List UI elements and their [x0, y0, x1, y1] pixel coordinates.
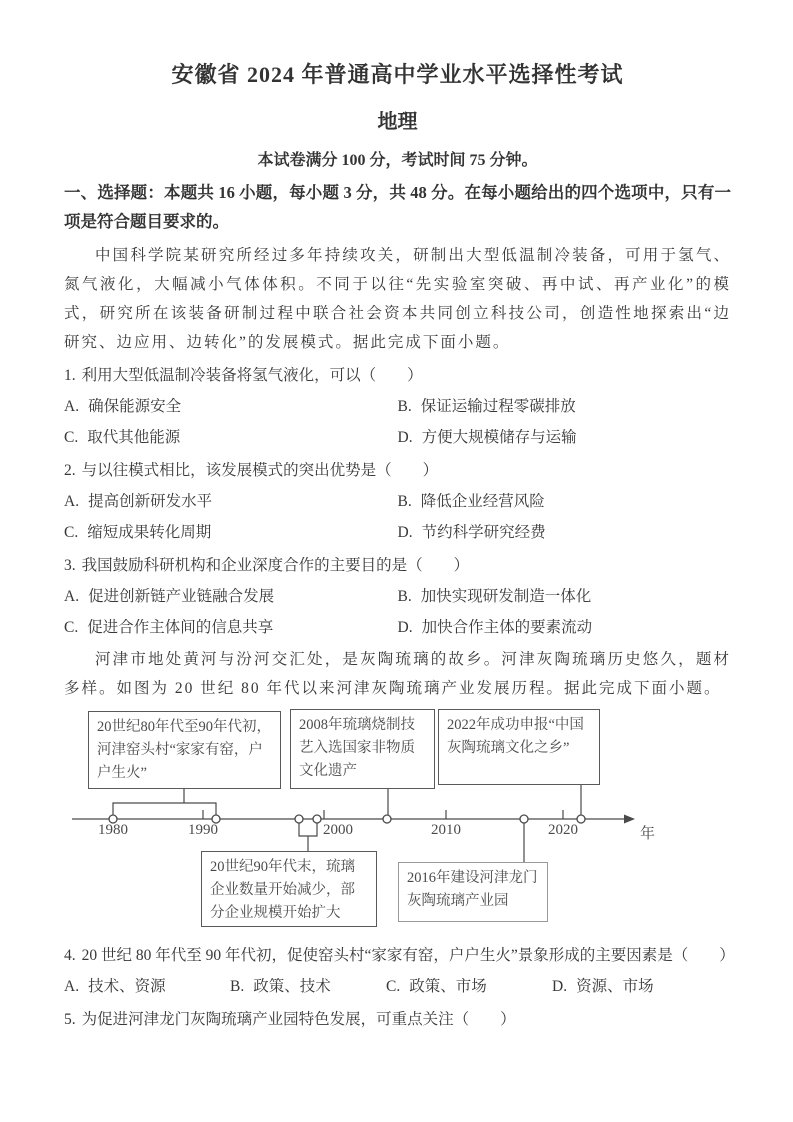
question-text: 为促进河津龙门灰陶琉璃产业园特色发展，可重点关注（ ） — [82, 1011, 516, 1028]
timeline-event-1980s-box: 20世纪80年代至90年代初，河津窑头村“家家有窑，户户生火” — [88, 711, 281, 789]
option-label: B. — [398, 588, 412, 605]
option-a: A.提高创新研发水平 — [64, 486, 398, 517]
question-3: 3.我国鼓励科研机构和企业深度合作的主要目的是（ ） A.促进创新链产业链融合发… — [64, 551, 731, 643]
option-label: D. — [398, 429, 413, 446]
option-label: C. — [64, 524, 78, 541]
axis-label-1980: 1980 — [98, 822, 128, 839]
option-label: B. — [398, 493, 412, 510]
option-label: B. — [230, 978, 244, 995]
question-5: 5.为促进河津龙门灰陶琉璃产业园特色发展，可重点关注（ ） — [64, 1005, 731, 1035]
option-d: D.加快合作主体的要素流动 — [398, 612, 732, 643]
option-text: 加快实现研发制造一体化 — [421, 588, 592, 605]
option-c: C.取代其他能源 — [64, 422, 398, 453]
option-text: 缩短成果转化周期 — [87, 524, 211, 541]
timeline-event-2008-box: 2008年琉璃烧制技艺入选国家非物质文化遗产 — [290, 709, 435, 789]
question-number: 1. — [64, 367, 76, 384]
option-label: C. — [64, 619, 78, 636]
exam-info: 本试卷满分 100 分，考试时间 75 分钟。 — [64, 147, 731, 170]
question-4: 4.20 世纪 80 年代至 90 年代初，促使窑头村“家家有窑，户户生火”景象… — [64, 941, 731, 1002]
option-text: 节约科学研究经费 — [422, 524, 546, 541]
axis-arrow-icon — [624, 815, 635, 824]
passage-1: 中国科学院某研究所经过多年持续攻关，研制出大型低温制冷装备，可用于氢气、氮气液化… — [64, 241, 731, 357]
question-text: 20 世纪 80 年代至 90 年代初，促使窑头村“家家有窑，户户生火”景象形成… — [82, 947, 735, 964]
question-text: 利用大型低温制冷装备将氢气液化，可以（ ） — [82, 367, 423, 384]
question-2-stem: 2.与以往模式相比，该发展模式的突出优势是（ ） — [64, 456, 731, 486]
question-text: 与以往模式相比，该发展模式的突出优势是（ ） — [82, 462, 439, 479]
timeline-event-2022-box: 2022年成功申报“中国灰陶琉璃文化之乡” — [438, 709, 600, 785]
option-text: 方便大规模储存与运输 — [422, 429, 577, 446]
option-c: C.缩短成果转化周期 — [64, 517, 398, 548]
question-3-stem: 3.我国鼓励科研机构和企业深度合作的主要目的是（ ） — [64, 551, 731, 581]
option-label: D. — [398, 524, 413, 541]
exam-page: 安徽省 2024 年普通高中学业水平选择性考试 地理 本试卷满分 100 分，考… — [0, 0, 793, 1122]
question-number: 3. — [64, 557, 76, 574]
subject-title: 地理 — [64, 105, 731, 134]
option-d: D.资源、市场 — [552, 971, 731, 1002]
option-text: 政策、市场 — [409, 978, 487, 995]
timeline-event-late1990s-box: 20世纪90年代末，琉璃企业数量开始减少，部分企业规模开始扩大 — [201, 851, 377, 927]
axis-unit-label: 年 — [640, 822, 655, 843]
option-text: 资源、市场 — [576, 978, 654, 995]
section-heading: 一、选择题：本题共 16 小题，每小题 3 分，共 48 分。在每小题给出的四个… — [64, 178, 731, 236]
option-label: D. — [552, 978, 567, 995]
passage-2: 河津市地处黄河与汾河交汇处，是灰陶琉璃的故乡。河津灰陶琉璃历史悠久，题材多样。如… — [64, 645, 731, 703]
option-text: 促进合作主体间的信息共享 — [87, 619, 273, 636]
option-label: A. — [64, 588, 79, 605]
option-a: A.促进创新链产业链融合发展 — [64, 581, 398, 612]
option-text: 取代其他能源 — [87, 429, 180, 446]
option-text: 提高创新研发水平 — [88, 493, 212, 510]
question-2: 2.与以往模式相比，该发展模式的突出优势是（ ） A.提高创新研发水平 B.降低… — [64, 456, 731, 548]
question-number: 5. — [64, 1011, 76, 1028]
question-4-stem: 4.20 世纪 80 年代至 90 年代初，促使窑头村“家家有窑，户户生火”景象… — [64, 941, 731, 971]
question-5-stem: 5.为促进河津龙门灰陶琉璃产业园特色发展，可重点关注（ ） — [64, 1005, 731, 1035]
question-number: 4. — [64, 947, 76, 964]
option-b: B.加快实现研发制造一体化 — [398, 581, 732, 612]
option-text: 政策、技术 — [253, 978, 331, 995]
option-label: B. — [398, 398, 412, 415]
question-text: 我国鼓励科研机构和企业深度合作的主要目的是（ ） — [82, 557, 470, 574]
option-text: 加快合作主体的要素流动 — [422, 619, 593, 636]
option-b: B.保证运输过程零碳排放 — [398, 391, 732, 422]
axis-label-2000: 2000 — [323, 822, 353, 839]
option-label: A. — [64, 493, 79, 510]
option-c: C.政策、市场 — [386, 971, 552, 1002]
option-text: 降低企业经营风险 — [421, 493, 545, 510]
option-label: D. — [398, 619, 413, 636]
question-number: 2. — [64, 462, 76, 479]
option-text: 保证运输过程零碳排放 — [421, 398, 576, 415]
option-d: D.节约科学研究经费 — [398, 517, 732, 548]
axis-label-2010: 2010 — [431, 822, 461, 839]
option-c: C.促进合作主体间的信息共享 — [64, 612, 398, 643]
option-b: B.降低企业经营风险 — [398, 486, 732, 517]
option-label: C. — [64, 429, 78, 446]
question-1-options: A.确保能源安全 B.保证运输过程零碳排放 C.取代其他能源 D.方便大规模储存… — [64, 391, 731, 453]
timeline-diagram: 20世纪80年代至90年代初，河津窑头村“家家有窑，户户生火” 2008年琉璃烧… — [70, 709, 730, 931]
option-label: C. — [386, 978, 400, 995]
question-1: 1.利用大型低温制冷装备将氢气液化，可以（ ） A.确保能源安全 B.保证运输过… — [64, 361, 731, 453]
option-d: D.方便大规模储存与运输 — [398, 422, 732, 453]
page-title: 安徽省 2024 年普通高中学业水平选择性考试 — [64, 58, 731, 89]
option-a: A.技术、资源 — [64, 971, 230, 1002]
timeline-event-2016-box: 2016年建设河津龙门灰陶琉璃产业园 — [398, 862, 548, 922]
question-4-options: A.技术、资源 B.政策、技术 C.政策、市场 D.资源、市场 — [64, 971, 731, 1002]
question-1-stem: 1.利用大型低温制冷装备将氢气液化，可以（ ） — [64, 361, 731, 391]
option-label: A. — [64, 978, 79, 995]
question-2-options: A.提高创新研发水平 B.降低企业经营风险 C.缩短成果转化周期 D.节约科学研… — [64, 486, 731, 548]
axis-label-1990: 1990 — [188, 822, 218, 839]
option-a: A.确保能源安全 — [64, 391, 398, 422]
option-text: 确保能源安全 — [88, 398, 181, 415]
option-label: A. — [64, 398, 79, 415]
question-3-options: A.促进创新链产业链融合发展 B.加快实现研发制造一体化 C.促进合作主体间的信… — [64, 581, 731, 643]
option-text: 技术、资源 — [88, 978, 166, 995]
option-b: B.政策、技术 — [230, 971, 386, 1002]
axis-label-2020: 2020 — [548, 822, 578, 839]
option-text: 促进创新链产业链融合发展 — [88, 588, 274, 605]
